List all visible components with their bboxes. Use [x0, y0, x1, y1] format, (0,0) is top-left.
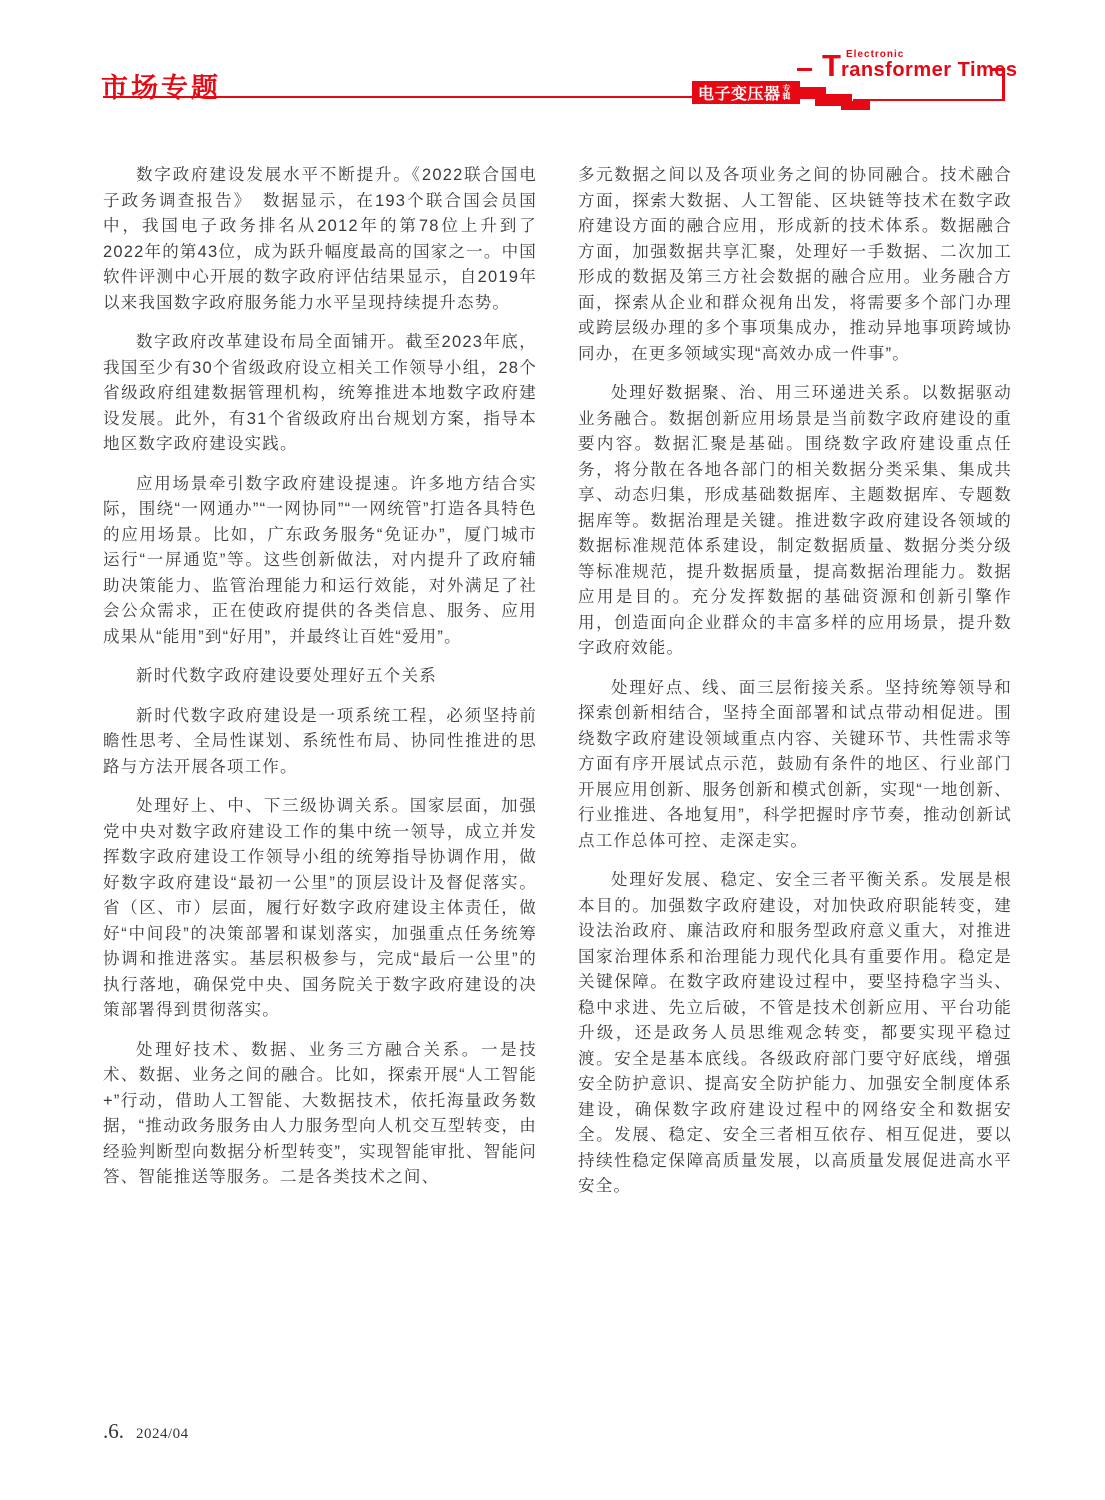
masthead-english-title: Transformer Times: [822, 50, 1042, 82]
article-paragraph: 处理好技术、数据、业务三方融合关系。一是技术、数据、业务之间的融合。比如，探索开…: [103, 1038, 537, 1191]
header-rule-line: [103, 96, 692, 98]
magazine-page: 市场专题 Electronic Transformer Times 电子变压器 …: [0, 0, 1105, 1500]
article-paragraph: 应用场景牵引数字政府建设提速。许多地方结合实际，围绕“一网通办”“一网协同”“一…: [103, 472, 537, 651]
page-footer: .6. 2024/04: [103, 1419, 189, 1444]
article-left-column: 数字政府建设发展水平不断提升。《2022联合国电子政务调查报告》 数据显示，在1…: [103, 163, 537, 1205]
article-paragraph: 处理好数据聚、治、用三环递进关系。以数据驱动业务融合。数据创新应用场景是当前数字…: [578, 381, 1012, 662]
logo-stair-block: [841, 101, 870, 110]
cn-logo-box: 电子变压器 专辑: [692, 81, 800, 104]
article-paragraph: 处理好上、中、下三级协调关系。国家层面，加强党中央对数字政府建设工作的集中统一领…: [103, 794, 537, 1024]
cn-logo-suffix-bottom: 辑: [783, 93, 791, 101]
masthead-bracket-vertical: [1002, 68, 1005, 101]
article-paragraph: 新时代数字政府建设是一项系统工程，必须坚持前瞻性思考、全局性谋划、系统性布局、协…: [103, 704, 537, 781]
issue-label: 2024/04: [136, 1426, 189, 1443]
article-paragraph-continuation: 多元数据之间以及各项业务之间的协同融合。技术融合方面，探索大数据、人工智能、区块…: [578, 163, 1012, 367]
article-paragraph: 处理好发展、稳定、安全三者平衡关系。发展是根本目的。加强数字政府建设，对加快政府…: [578, 868, 1012, 1200]
cn-logo-suffix: 专辑: [783, 85, 791, 101]
article-paragraph: 数字政府改革建设布局全面铺开。截至2023年底，我国至少有30个省级政府设立相关…: [103, 330, 537, 458]
section-label: 市场专题: [101, 66, 221, 105]
article-right-column: 多元数据之间以及各项业务之间的协同融合。技术融合方面，探索大数据、人工智能、区块…: [578, 163, 1012, 1214]
masthead-left-dash: [797, 68, 812, 71]
masthead-bracket-bottom: [853, 99, 1005, 101]
article-subheading: 新时代数字政府建设要处理好五个关系: [103, 664, 537, 690]
page-number: .6.: [103, 1419, 124, 1444]
cn-logo-text: 电子变压器: [698, 81, 781, 104]
article-paragraph: 数字政府建设发展水平不断提升。《2022联合国电子政务调查报告》 数据显示，在1…: [103, 163, 537, 316]
article-paragraph: 处理好点、线、面三层衔接关系。坚持统筹领导和探索创新相结合，坚持全面部署和试点带…: [578, 676, 1012, 855]
masthead-title-initial: T: [822, 48, 841, 83]
